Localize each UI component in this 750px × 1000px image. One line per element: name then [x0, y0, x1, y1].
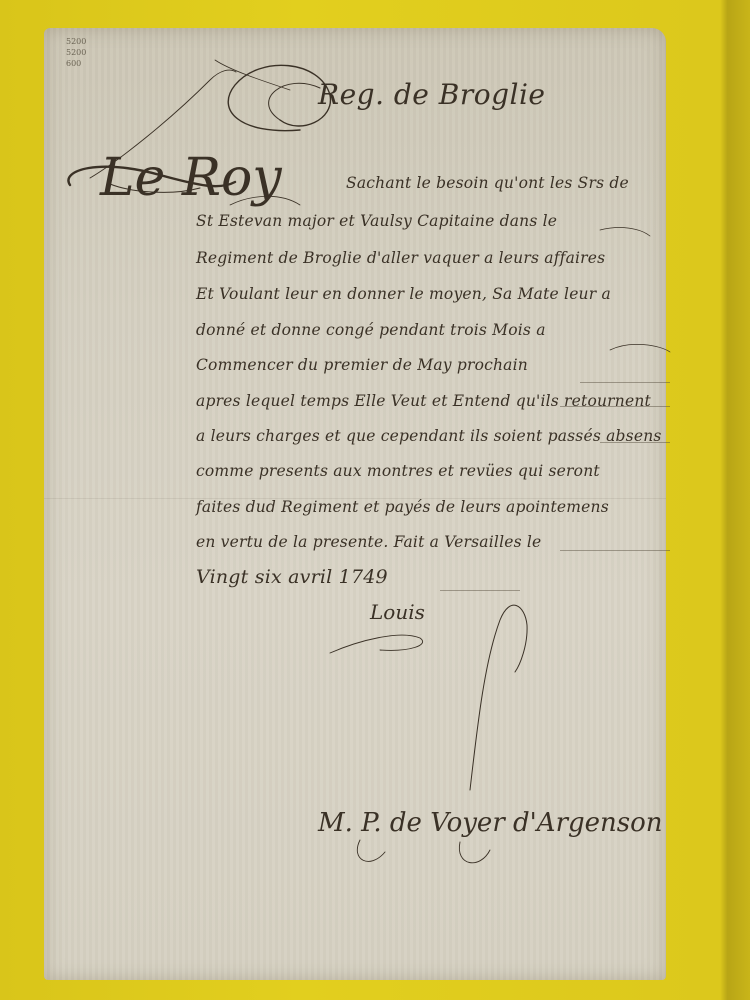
opening-le-roy: Le Roy: [100, 150, 282, 206]
date-line: Vingt six avril 1749: [196, 566, 388, 588]
body-line: en vertu de la presente. Fait a Versaill…: [196, 533, 541, 551]
body-line: faites dud Regiment et payés de leurs ap…: [196, 498, 609, 516]
date-underline: [440, 590, 520, 591]
body-line: Regiment de Broglie d'aller vaquer a leu…: [196, 249, 605, 267]
body-line: apres lequel temps Elle Veut et Entend q…: [196, 392, 651, 410]
archive-notes: 5200 5200 600: [66, 36, 86, 69]
line-filler-rule: [580, 382, 670, 383]
body-line: donné et donne congé pendant trois Mois …: [196, 321, 546, 339]
body-line: a leurs charges et que cependant ils soi…: [196, 427, 662, 445]
royal-signature: Louis: [370, 600, 425, 624]
body-line: comme presents aux montres et revües qui…: [196, 462, 600, 480]
regiment-heading: Reg. de Broglie: [318, 78, 546, 111]
body-line: Et Voulant leur en donner le moyen, Sa M…: [196, 285, 611, 303]
countersignature: M. P. de Voyer d'Argenson: [318, 808, 663, 838]
body-line: St Estevan major et Vaulsy Capitaine dan…: [196, 212, 557, 230]
body-line: Commencer du premier de May prochain: [196, 356, 528, 374]
body-line: Sachant le besoin qu'ont les Srs de: [346, 174, 629, 192]
line-filler-rule: [560, 550, 670, 551]
